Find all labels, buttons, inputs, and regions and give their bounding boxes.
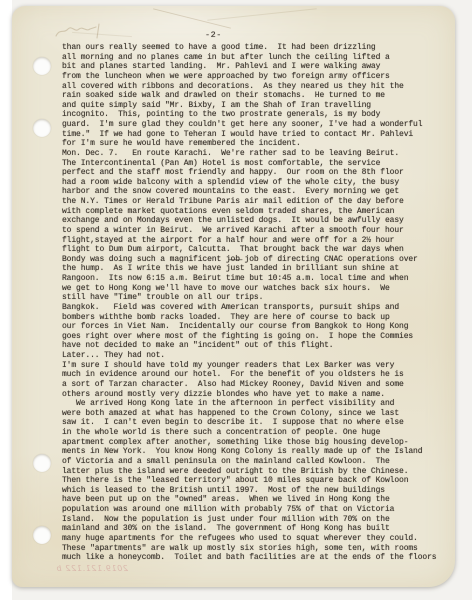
punch-hole xyxy=(33,454,51,472)
paper-crease xyxy=(207,8,317,20)
page-number: -2- xyxy=(205,30,222,40)
letter-body-text: than ours really seemed to have a good t… xyxy=(62,43,436,563)
punch-hole xyxy=(33,526,51,544)
punch-hole xyxy=(33,119,51,137)
letter-page: -2- than ours really seemed to have a go… xyxy=(12,6,455,587)
punch-hole xyxy=(33,57,51,75)
accession-stamp-bleedthrough: 2019.121.122 b xyxy=(18,564,128,573)
pencil-scribble xyxy=(52,20,122,42)
